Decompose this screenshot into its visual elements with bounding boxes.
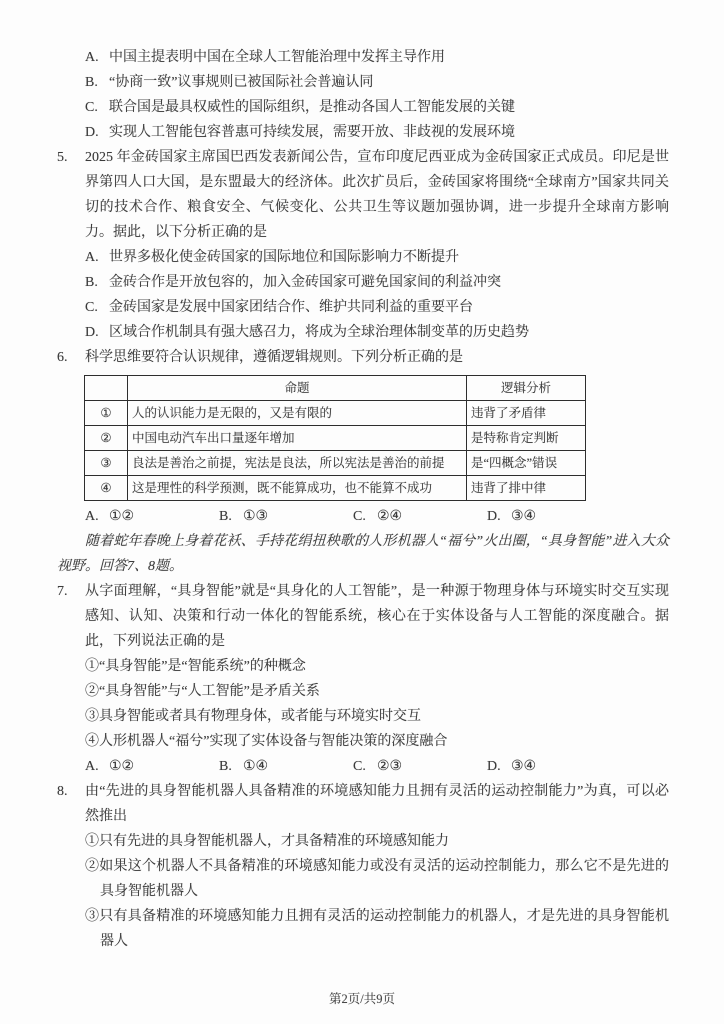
header-blank — [85, 376, 128, 401]
row-analysis: 违背了矛盾律 — [467, 401, 586, 426]
q8-stem: 8.由“先进的具身智能机器人具备精准的环境感知能力且拥有灵活的运动控制能力”为真… — [57, 779, 669, 829]
question-6: 6.科学思维要符合认识规律，遵循逻辑规则。下列分析正确的是 命题 逻辑分析 ① … — [57, 345, 669, 529]
q7-item-1: ①“具身智能”是“智能系统”的种概念 — [57, 654, 669, 679]
row-analysis: 是特称肯定判断 — [467, 426, 586, 451]
option-label: B. — [85, 270, 109, 295]
option-text: 金砖合作是开放包容的，加入金砖国家可避免国家间的利益冲突 — [109, 275, 501, 290]
row-analysis: 是“四概念”错误 — [467, 451, 586, 476]
logic-analysis-table: 命题 逻辑分析 ① 人的认识能力是无限的，又是有限的 违背了矛盾律 ② 中国电动… — [84, 375, 586, 501]
row-num: ④ — [85, 476, 128, 501]
q6-option-a: A.①② — [85, 504, 219, 529]
table-row: ④ 这是理性的科学预测，既不能算成功，也不能算不成功 违背了排中律 — [85, 476, 586, 501]
option-label: D. — [487, 754, 511, 779]
row-num: ① — [85, 401, 128, 426]
table-header-row: 命题 逻辑分析 — [85, 376, 586, 401]
q8-item-2: ②如果这个机器人不具备精准的环境感知能力或没有灵活的运动控制能力，那么它不是先进… — [57, 854, 669, 904]
option-text: ②④ — [377, 509, 402, 524]
option-text: ①② — [109, 759, 134, 774]
row-proposition: 人的认识能力是无限的，又是有限的 — [128, 401, 467, 426]
option-text: ①④ — [243, 759, 268, 774]
q7-stem-text: 从字面理解，“具身智能”就是“具身化的人工智能”，是一种源于物理身体与环境实时交… — [85, 584, 669, 649]
question-4-options: A.中国主提表明中国在全球人工智能治理中发挥主导作用 B.“协商一致”议事规则已… — [57, 45, 669, 145]
option-label: D. — [85, 320, 109, 345]
q6-number: 6. — [57, 345, 68, 370]
option-label: C. — [353, 504, 377, 529]
option-label: C. — [85, 95, 109, 120]
q5-option-c: C.金砖国家是发展中国家团结合作、维护共同利益的重要平台 — [57, 295, 669, 320]
question-8: 8.由“先进的具身智能机器人具备精准的环境感知能力且拥有灵活的运动控制能力”为真… — [57, 779, 669, 954]
option-label: A. — [85, 754, 109, 779]
option-text: 实现人工智能包容普惠可持续发展，需要开放、非歧视的发展环境 — [109, 125, 515, 140]
option-text: ①② — [109, 509, 134, 524]
header-analysis: 逻辑分析 — [467, 376, 586, 401]
option-label: D. — [85, 120, 109, 145]
option-text: 联合国是最具权威性的国际组织，是推动各国人工智能发展的关键 — [109, 100, 515, 115]
option-text: “协商一致”议事规则已被国际社会普遍认同 — [109, 75, 373, 90]
q5-number: 5. — [57, 145, 68, 170]
option-label: A. — [85, 45, 109, 70]
question-7: 7.从字面理解，“具身智能”就是“具身化的人工智能”，是一种源于物理身体与环境实… — [57, 579, 669, 779]
option-text: 世界多极化使金砖国家的国际地位和国际影响力不断提升 — [109, 250, 459, 265]
option-label: C. — [353, 754, 377, 779]
row-num: ③ — [85, 451, 128, 476]
q5-option-d: D.区域合作机制具有强大感召力，将成为全球治理体制变革的历史趋势 — [57, 320, 669, 345]
header-proposition: 命题 — [128, 376, 467, 401]
row-analysis: 违背了排中律 — [467, 476, 586, 501]
option-text: 区域合作机制具有强大感召力，将成为全球治理体制变革的历史趋势 — [109, 325, 529, 340]
q8-number: 8. — [57, 779, 68, 804]
q7-item-4: ④人形机器人“福兮”实现了实体设备与智能决策的深度融合 — [57, 729, 669, 754]
row-num: ② — [85, 426, 128, 451]
option-text: 金砖国家是发展中国家团结合作、维护共同利益的重要平台 — [109, 300, 473, 315]
option-label: A. — [85, 245, 109, 270]
q7-answer-options: A.①② B.①④ C.②③ D.③④ — [57, 754, 669, 779]
q7-item-2: ②“具身智能”与“人工智能”是矛盾关系 — [57, 679, 669, 704]
q7-option-c: C.②③ — [353, 754, 487, 779]
option-label: C. — [85, 295, 109, 320]
q7-number: 7. — [57, 579, 68, 604]
row-proposition: 中国电动汽车出口量逐年增加 — [128, 426, 467, 451]
table-row: ② 中国电动汽车出口量逐年增加 是特称肯定判断 — [85, 426, 586, 451]
option-label: A. — [85, 504, 109, 529]
q4-option-b: B.“协商一致”议事规则已被国际社会普遍认同 — [57, 70, 669, 95]
q7-option-b: B.①④ — [219, 754, 353, 779]
exam-page: A.中国主提表明中国在全球人工智能治理中发挥主导作用 B.“协商一致”议事规则已… — [0, 0, 724, 1024]
option-text: ③④ — [511, 509, 536, 524]
q6-option-d: D.③④ — [487, 504, 536, 529]
table-row: ① 人的认识能力是无限的，又是有限的 违背了矛盾律 — [85, 401, 586, 426]
row-proposition: 良法是善治之前提，宪法是良法，所以宪法是善治的前提 — [128, 451, 467, 476]
option-label: B. — [219, 754, 243, 779]
q7-option-d: D.③④ — [487, 754, 536, 779]
table-row: ③ 良法是善治之前提，宪法是良法，所以宪法是善治的前提 是“四概念”错误 — [85, 451, 586, 476]
q5-option-b: B.金砖合作是开放包容的，加入金砖国家可避免国家间的利益冲突 — [57, 270, 669, 295]
q8-stem-text: 由“先进的具身智能机器人具备精准的环境感知能力且拥有灵活的运动控制能力”为真，可… — [85, 784, 669, 824]
q7-item-3: ③具身智能或者具有物理身体，或者能与环境实时交互 — [57, 704, 669, 729]
option-label: B. — [219, 504, 243, 529]
q5-stem: 5.2025 年金砖国家主席国巴西发表新闻公告，宣布印度尼西亚成为金砖国家正式成… — [57, 145, 669, 245]
option-text: ③④ — [511, 759, 536, 774]
q6-option-b: B.①③ — [219, 504, 353, 529]
option-label: B. — [85, 70, 109, 95]
option-text: 中国主提表明中国在全球人工智能治理中发挥主导作用 — [109, 50, 445, 65]
q6-stem-text: 科学思维要符合认识规律，遵循逻辑规则。下列分析正确的是 — [85, 350, 463, 365]
q4-option-d: D.实现人工智能包容普惠可持续发展，需要开放、非歧视的发展环境 — [57, 120, 669, 145]
q6-stem: 6.科学思维要符合认识规律，遵循逻辑规则。下列分析正确的是 — [57, 345, 669, 370]
q7-stem: 7.从字面理解，“具身智能”就是“具身化的人工智能”，是一种源于物理身体与环境实… — [57, 579, 669, 654]
option-text: ②③ — [377, 759, 402, 774]
q8-item-1: ①只有先进的具身智能机器人，才具备精准的环境感知能力 — [57, 829, 669, 854]
q4-option-a: A.中国主提表明中国在全球人工智能治理中发挥主导作用 — [57, 45, 669, 70]
shared-passage: 随着蛇年春晚上身着花袄、手持花绢扭秧歌的人形机器人“福兮”火出圈，“具身智能”进… — [57, 529, 669, 579]
option-text: ①③ — [243, 509, 268, 524]
row-proposition: 这是理性的科学预测，既不能算成功，也不能算不成功 — [128, 476, 467, 501]
page-number: 第2页/共9页 — [0, 987, 724, 1012]
option-label: D. — [487, 504, 511, 529]
q4-option-c: C.联合国是最具权威性的国际组织，是推动各国人工智能发展的关键 — [57, 95, 669, 120]
q7-option-a: A.①② — [85, 754, 219, 779]
q5-option-a: A.世界多极化使金砖国家的国际地位和国际影响力不断提升 — [57, 245, 669, 270]
question-5: 5.2025 年金砖国家主席国巴西发表新闻公告，宣布印度尼西亚成为金砖国家正式成… — [57, 145, 669, 345]
q6-answer-options: A.①② B.①③ C.②④ D.③④ — [57, 504, 669, 529]
q5-stem-text: 2025 年金砖国家主席国巴西发表新闻公告，宣布印度尼西亚成为金砖国家正式成员。… — [85, 150, 669, 240]
q6-option-c: C.②④ — [353, 504, 487, 529]
q8-item-3: ③只有具备精准的环境感知能力且拥有灵活的运动控制能力的机器人，才是先进的具身智能… — [57, 904, 669, 954]
